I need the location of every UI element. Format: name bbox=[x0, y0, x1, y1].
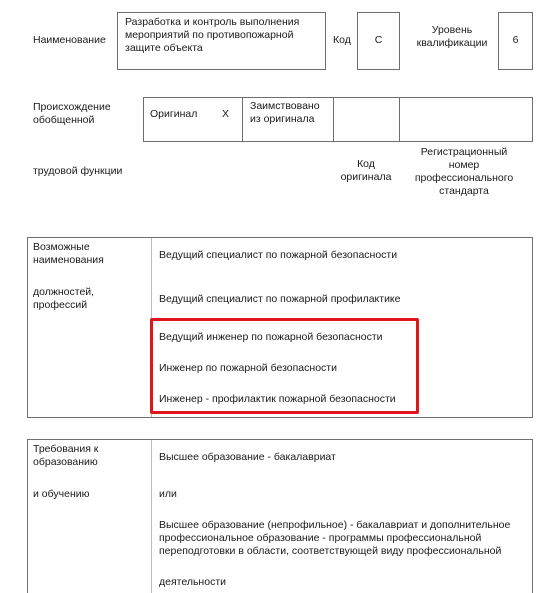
education-item: или bbox=[159, 488, 177, 501]
original-code-caption: Код оригинала bbox=[333, 158, 399, 184]
education-label: Требования к образованию bbox=[33, 443, 143, 469]
original-mark: X bbox=[222, 108, 229, 121]
borrowed-label: Заимствовано из оригинала bbox=[250, 100, 330, 126]
column-divider bbox=[151, 440, 152, 593]
position-item: Ведущий специалист по пожарной безопасно… bbox=[159, 249, 397, 262]
level-label: Уровень квалификации bbox=[412, 24, 492, 50]
education-item: деятельности bbox=[159, 576, 226, 589]
origin-label-continued: трудовой функции bbox=[33, 165, 122, 178]
name-value: Разработка и контроль выполнения меропри… bbox=[125, 16, 299, 54]
name-label: Наименование bbox=[33, 34, 106, 47]
education-item: Высшее образование (непрофильное) - бака… bbox=[159, 519, 529, 558]
reg-number-caption: Регистрационный номер профессионального … bbox=[405, 146, 523, 199]
highlight-box bbox=[150, 318, 419, 414]
level-value-box: 6 bbox=[498, 12, 533, 70]
code-value-box: C bbox=[357, 12, 400, 70]
education-table: Требования к образованию и обучению Высш… bbox=[27, 439, 533, 593]
positions-label: Возможные наименования bbox=[33, 241, 143, 267]
divider bbox=[333, 98, 334, 141]
education-item: Высшее образование - бакалавриат bbox=[159, 451, 336, 464]
original-label: Оригинал bbox=[150, 108, 197, 121]
position-item: Ведущий специалист по пожарной профилакт… bbox=[159, 293, 401, 306]
origin-table: Оригинал X Заимствовано из оригинала bbox=[143, 97, 533, 142]
code-label: Код bbox=[333, 34, 351, 47]
divider bbox=[242, 98, 243, 141]
positions-label-continued: должностей, профессий bbox=[33, 286, 143, 312]
education-label-continued: и обучению bbox=[33, 488, 143, 501]
code-value: C bbox=[375, 34, 383, 47]
name-value-box: Разработка и контроль выполнения меропри… bbox=[117, 12, 326, 70]
origin-label: Происхождение обобщенной bbox=[33, 101, 128, 127]
level-value: 6 bbox=[513, 34, 519, 47]
divider bbox=[399, 98, 400, 141]
